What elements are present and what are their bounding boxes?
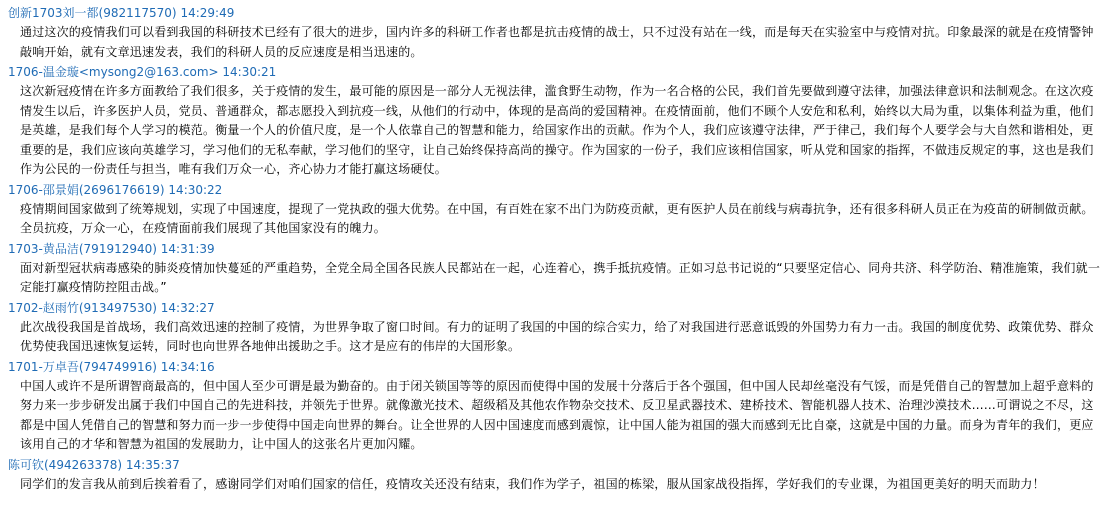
sender-name[interactable]: 1706-温金璇<mysong2@163.com>	[8, 65, 219, 79]
chat-message: 陈可钦(494263378) 14:35:37 同学们的发言我从前到后挨着看了，…	[0, 455, 1109, 495]
chat-message: 1702-赵雨竹(913497530) 14:32:27 此次战役我国是首战场，…	[0, 298, 1109, 357]
message-time: 14:31:39	[161, 242, 215, 256]
message-time: 14:30:21	[222, 65, 276, 79]
sender-name[interactable]: 1706-邵景娟(2696176619)	[8, 183, 165, 197]
message-time: 14:32:27	[161, 301, 215, 315]
sender-name[interactable]: 创新1703刘一都(982117570)	[8, 6, 177, 20]
message-time: 14:29:49	[180, 6, 234, 20]
sender-name[interactable]: 1702-赵雨竹(913497530)	[8, 301, 157, 315]
message-text: 通过这次的疫情我们可以看到我国的科研技术已经有了很大的进步，国内许多的科研工作者…	[0, 23, 1109, 62]
message-text: 同学们的发言我从前到后挨着看了，感谢同学们对咱们国家的信任，疫情攻关还没有结束，…	[0, 475, 1109, 495]
message-header: 1701-万卓吾(794749916) 14:34:16	[0, 357, 1109, 377]
chat-message: 1706-邵景娟(2696176619) 14:30:22 疫情期间国家做到了统…	[0, 180, 1109, 239]
message-time: 14:35:37	[126, 458, 180, 472]
message-header: 创新1703刘一都(982117570) 14:29:49	[0, 3, 1109, 23]
message-header: 1706-温金璇<mysong2@163.com> 14:30:21	[0, 62, 1109, 82]
message-header: 陈可钦(494263378) 14:35:37	[0, 455, 1109, 475]
chat-message: 创新1703刘一都(982117570) 14:29:49 通过这次的疫情我们可…	[0, 3, 1109, 62]
sender-name[interactable]: 陈可钦(494263378)	[8, 458, 122, 472]
chat-log[interactable]: 创新1703刘一都(982117570) 14:29:49 通过这次的疫情我们可…	[0, 0, 1109, 494]
message-text: 疫情期间国家做到了统筹规划，实现了中国速度，提现了一党执政的强大优势。在中国，有…	[0, 200, 1109, 239]
sender-name[interactable]: 1703-黄品洁(791912940)	[8, 242, 157, 256]
message-header: 1703-黄品洁(791912940) 14:31:39	[0, 239, 1109, 259]
message-text: 面对新型冠状病毒感染的肺炎疫情加快蔓延的严重趋势，全党全局全国各民族人民都站在一…	[0, 259, 1109, 298]
chat-message: 1703-黄品洁(791912940) 14:31:39 面对新型冠状病毒感染的…	[0, 239, 1109, 298]
message-time: 14:30:22	[168, 183, 222, 197]
message-header: 1706-邵景娟(2696176619) 14:30:22	[0, 180, 1109, 200]
message-text: 此次战役我国是首战场，我们高效迅速的控制了疫情，为世界争取了窗口时间。有力的证明…	[0, 318, 1109, 357]
sender-name[interactable]: 1701-万卓吾(794749916)	[8, 360, 157, 374]
message-header: 1702-赵雨竹(913497530) 14:32:27	[0, 298, 1109, 318]
message-text: 中国人或许不是所谓智商最高的，但中国人至少可谓是最为勤奋的。由于闭关锁国等等的原…	[0, 377, 1109, 455]
chat-message: 1706-温金璇<mysong2@163.com> 14:30:21 这次新冠疫…	[0, 62, 1109, 180]
chat-message: 1701-万卓吾(794749916) 14:34:16 中国人或许不是所谓智商…	[0, 357, 1109, 455]
message-text: 这次新冠疫情在许多方面教给了我们很多，关于疫情的发生，最可能的原因是一部分人无视…	[0, 82, 1109, 180]
message-time: 14:34:16	[161, 360, 215, 374]
